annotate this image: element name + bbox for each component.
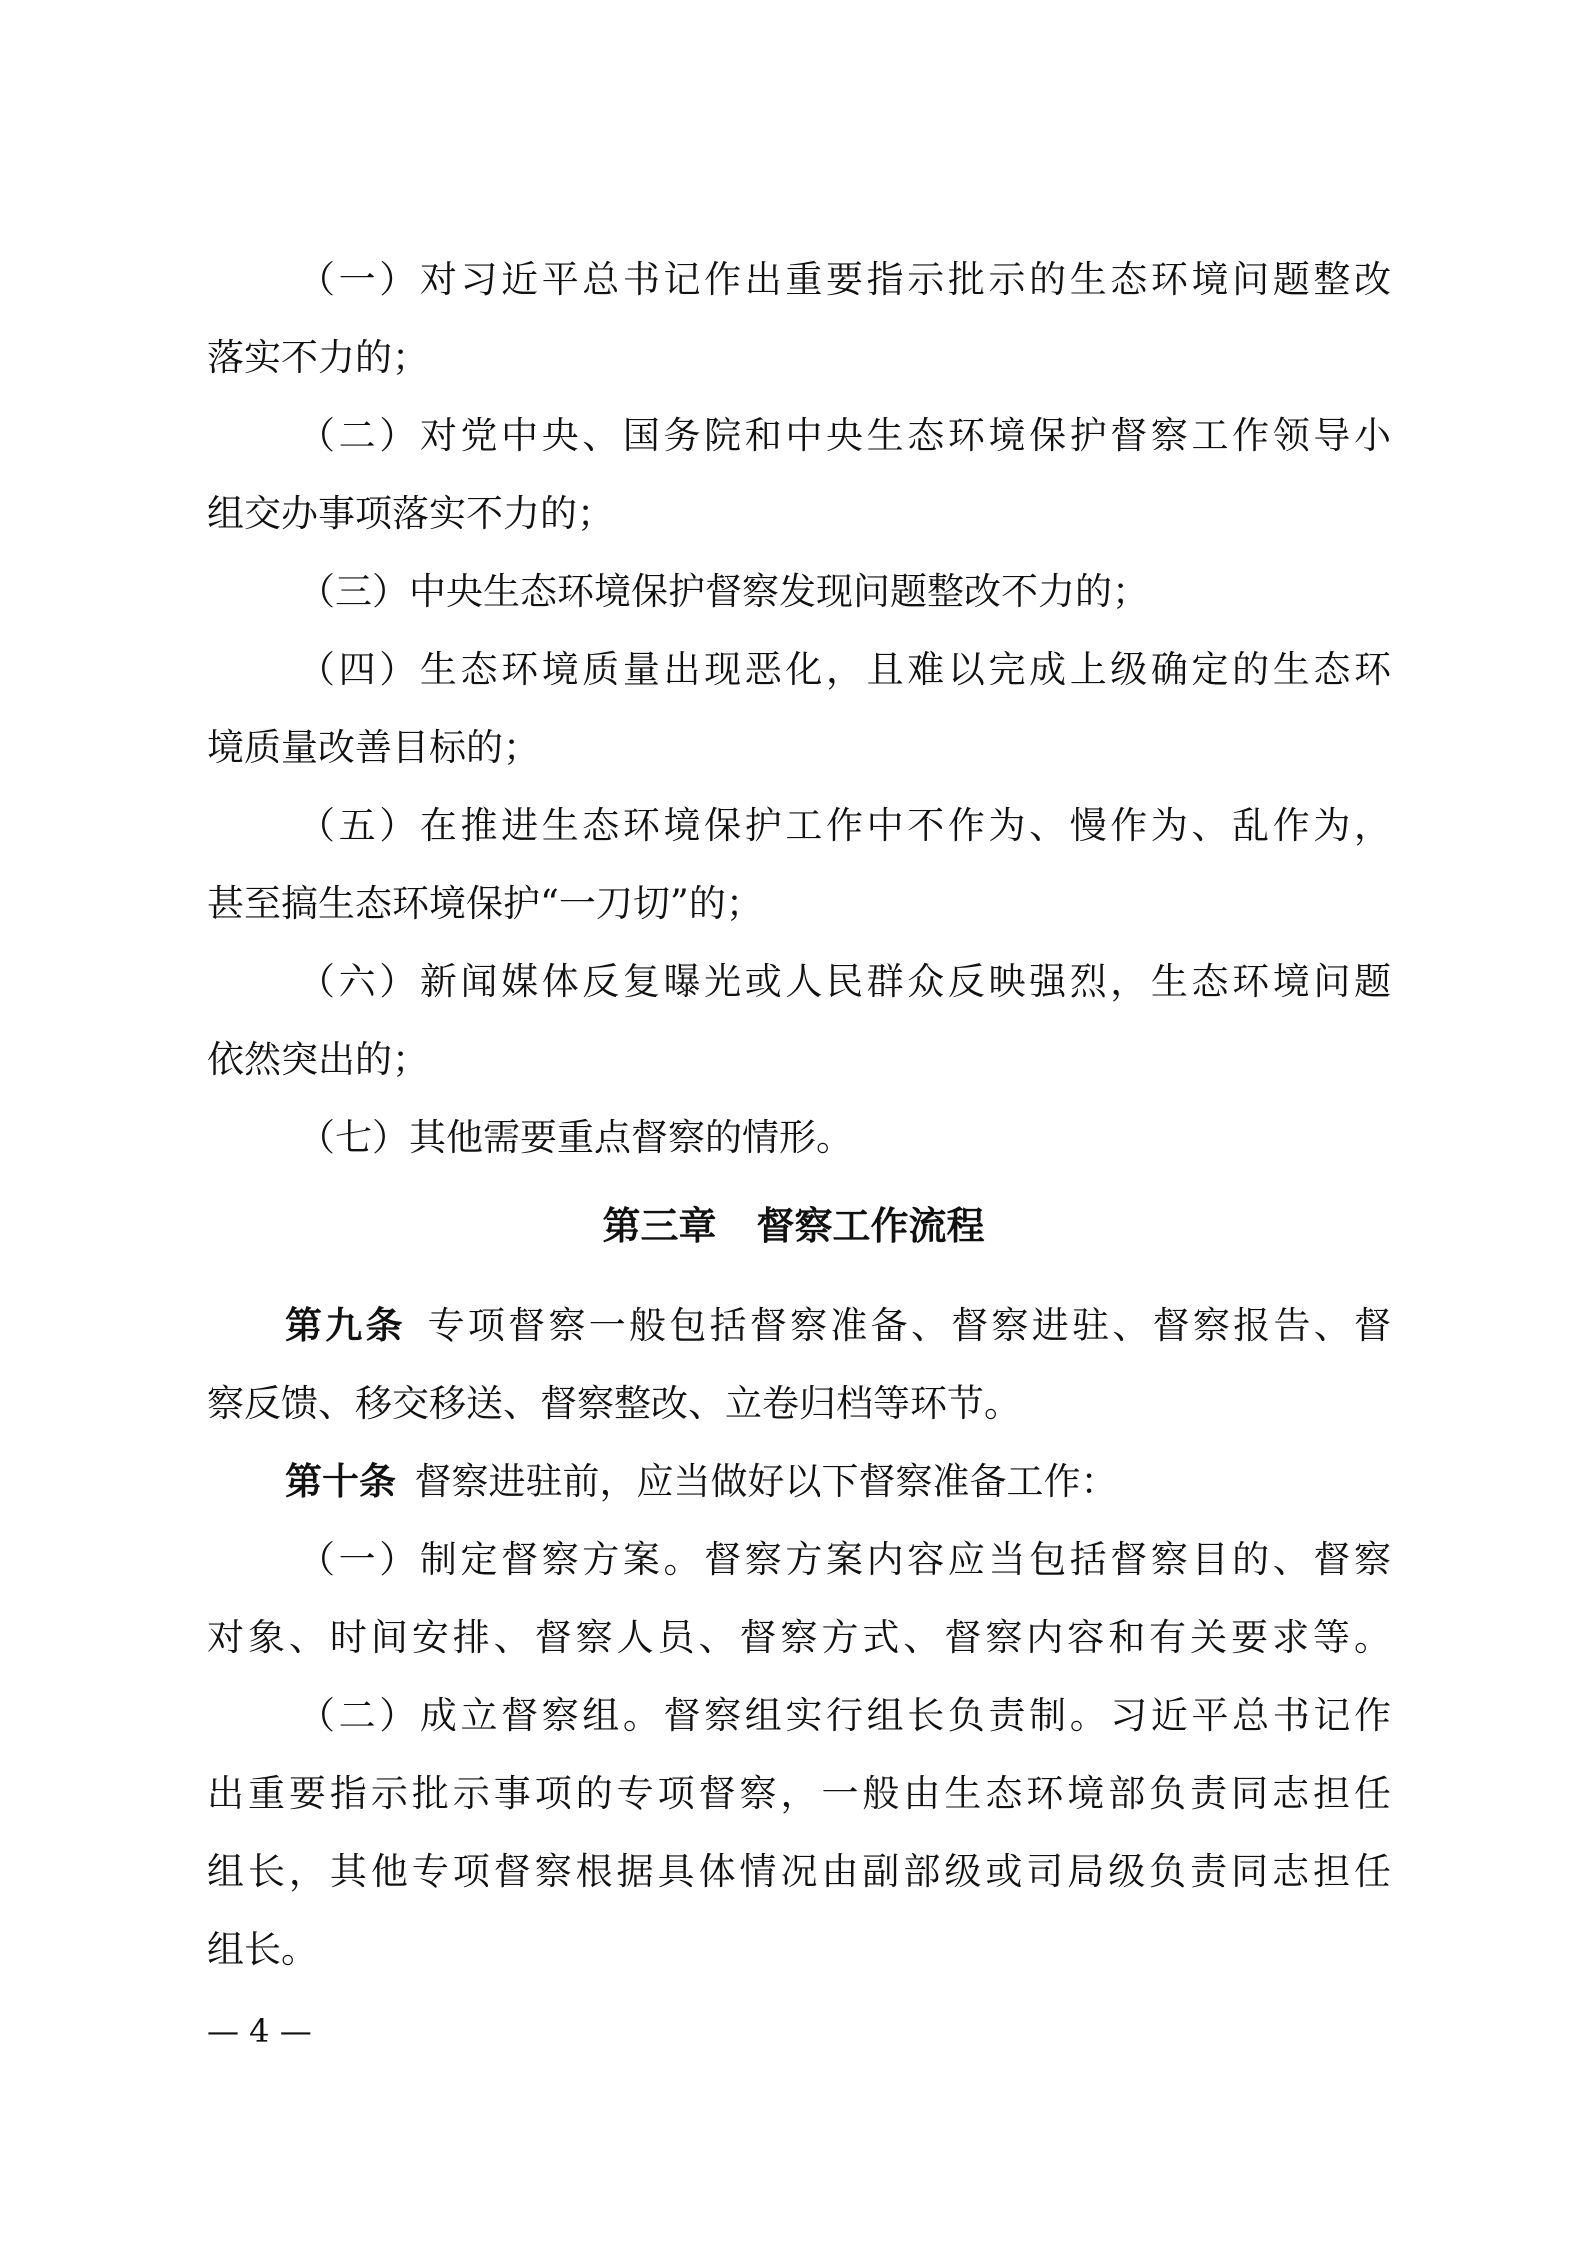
list-item-3-line-1: （三）中央生态环境保护督察发现问题整改不力的；	[298, 562, 1391, 622]
article-10-item-2-line-3: 组长，其他专项督察根据具体情况由副部级或司局级负责同志担任	[207, 1842, 1391, 1902]
chapter-number: 第三章	[602, 1204, 716, 1248]
document-page: （一）对习近平总书记作出重要指示批示的生态环境问题整改 落实不力的； （二）对党…	[0, 0, 1587, 2245]
chapter-heading: 第三章督察工作流程	[0, 1196, 1587, 1256]
article-9-label: 第九条	[285, 1304, 406, 1347]
chapter-title: 督察工作流程	[757, 1204, 985, 1248]
list-item-2-line-1: （二）对党中央、国务院和中央生态环境保护督察工作领导小	[298, 406, 1391, 466]
list-item-1-line-2: 落实不力的；	[207, 328, 1391, 388]
list-item-5-line-2: 甚至搞生态环境保护“一刀切”的；	[207, 874, 1391, 934]
list-item-4-line-2: 境质量改善目标的；	[207, 718, 1391, 778]
list-item-4-line-1: （四）生态环境质量出现恶化，且难以完成上级确定的生态环	[298, 640, 1391, 700]
article-10-text-1: 督察进驻前，应当做好以下督察准备工作：	[415, 1460, 1118, 1503]
article-9-line-1: 第九条 专项督察一般包括督察准备、督察进驻、督察报告、督	[285, 1296, 1391, 1356]
article-10-item-1-line-1: （一）制定督察方案。督察方案内容应当包括督察目的、督察	[298, 1530, 1391, 1590]
article-10-item-2-line-1: （二）成立督察组。督察组实行组长负责制。习近平总书记作	[298, 1686, 1391, 1746]
list-item-5-line-1: （五）在推进生态环境保护工作中不作为、慢作为、乱作为，	[298, 796, 1391, 856]
list-item-1-line-1: （一）对习近平总书记作出重要指示批示的生态环境问题整改	[298, 250, 1391, 310]
article-9-line-2: 察反馈、移交移送、督察整改、立卷归档等环节。	[207, 1374, 1391, 1434]
list-item-7-line-1: （七）其他需要重点督察的情形。	[298, 1108, 1391, 1168]
page-number: — 4 —	[207, 2006, 312, 2056]
article-10-item-1-line-2: 对象、时间安排、督察人员、督察方式、督察内容和有关要求等。	[207, 1608, 1391, 1668]
list-item-6-line-2: 依然突出的；	[207, 1030, 1391, 1090]
article-10-line-1: 第十条 督察进驻前，应当做好以下督察准备工作：	[285, 1452, 1391, 1512]
article-10-item-2-line-4: 组长。	[207, 1920, 1391, 1980]
article-10-label: 第十条	[285, 1460, 396, 1503]
article-10-item-2-line-2: 出重要指示批示事项的专项督察，一般由生态环境部负责同志担任	[207, 1764, 1391, 1824]
list-item-6-line-1: （六）新闻媒体反复曝光或人民群众反映强烈，生态环境问题	[298, 952, 1391, 1012]
article-9-text-1: 专项督察一般包括督察准备、督察进驻、督察报告、督	[424, 1304, 1391, 1347]
list-item-2-line-2: 组交办事项落实不力的；	[207, 484, 1391, 544]
